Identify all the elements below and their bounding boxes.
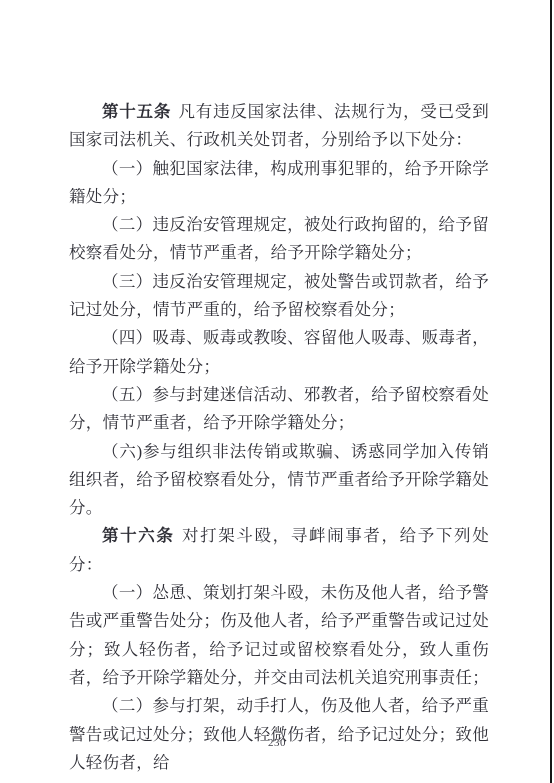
paragraph-article-15: 第十五条凡有违反国家法律、法规行为，受已受到国家司法机关、行政机关处罚者，分别给… <box>69 98 489 155</box>
paragraph-text: （五）参与封建迷信活动、邪教者，给予留校察看处分，情节严重者，给予开除学籍处分； <box>69 385 489 432</box>
paragraph-item-7: （一）怂恿、策划打架斗殴，未伤及他人者，给予警告或严重警告处分；伤及他人者，给予… <box>69 579 489 692</box>
paragraph-item-5: （五）参与封建迷信活动、邪教者，给予留校察看处分，情节严重者，给予开除学籍处分； <box>69 381 489 438</box>
paragraph-item-1: （一）触犯国家法律，构成刑事犯罪的，给予开除学籍处分； <box>69 155 489 212</box>
paragraph-article-16: 第十六条对打架斗殴，寻衅闹事者，给予下列处分： <box>69 522 489 579</box>
paragraph-item-4: （四）吸毒、贩毒或教唆、容留他人吸毒、贩毒者，给予开除学籍处分； <box>69 324 489 381</box>
scan-edge-line <box>550 0 552 783</box>
paragraph-item-6: （六)参与组织非法传销或欺骗、诱惑同学加入传销组织者，给予留校察看处分，情节严重… <box>69 438 489 523</box>
page-footer: 230 <box>0 733 554 751</box>
document-body: 第十五条凡有违反国家法律、法规行为，受已受到国家司法机关、行政机关处罚者，分别给… <box>69 98 489 777</box>
paragraph-text: （二）违反治安管理规定，被处行政拘留的，给予留校察看处分，情节严重者，给予开除学… <box>69 215 489 262</box>
document-page: 第十五条凡有违反国家法律、法规行为，受已受到国家司法机关、行政机关处罚者，分别给… <box>0 0 554 783</box>
paragraph-item-3: （三）违反治安管理规定，被处警告或罚款者，给予记过处分，情节严重的，给予留校察看… <box>69 268 489 325</box>
paragraph-text: （六)参与组织非法传销或欺骗、诱惑同学加入传销组织者，给予留校察看处分，情节严重… <box>69 442 489 518</box>
paragraph-item-2: （二）违反治安管理规定，被处行政拘留的，给予留校察看处分，情节严重者，给予开除学… <box>69 211 489 268</box>
paragraph-text: （三）违反治安管理规定，被处警告或罚款者，给予记过处分，情节严重的，给予留校察看… <box>69 272 489 319</box>
paragraph-text: （一）怂恿、策划打架斗殴，未伤及他人者，给予警告或严重警告处分；伤及他人者，给予… <box>69 583 489 687</box>
page-number: 230 <box>268 737 286 749</box>
paragraph-text: （四）吸毒、贩毒或教唆、容留他人吸毒、贩毒者，给予开除学籍处分； <box>69 328 489 375</box>
article-number: 第十五条 <box>102 102 171 121</box>
article-number: 第十六条 <box>102 526 175 545</box>
paragraph-text: （一）触犯国家法律，构成刑事犯罪的，给予开除学籍处分； <box>69 159 489 206</box>
